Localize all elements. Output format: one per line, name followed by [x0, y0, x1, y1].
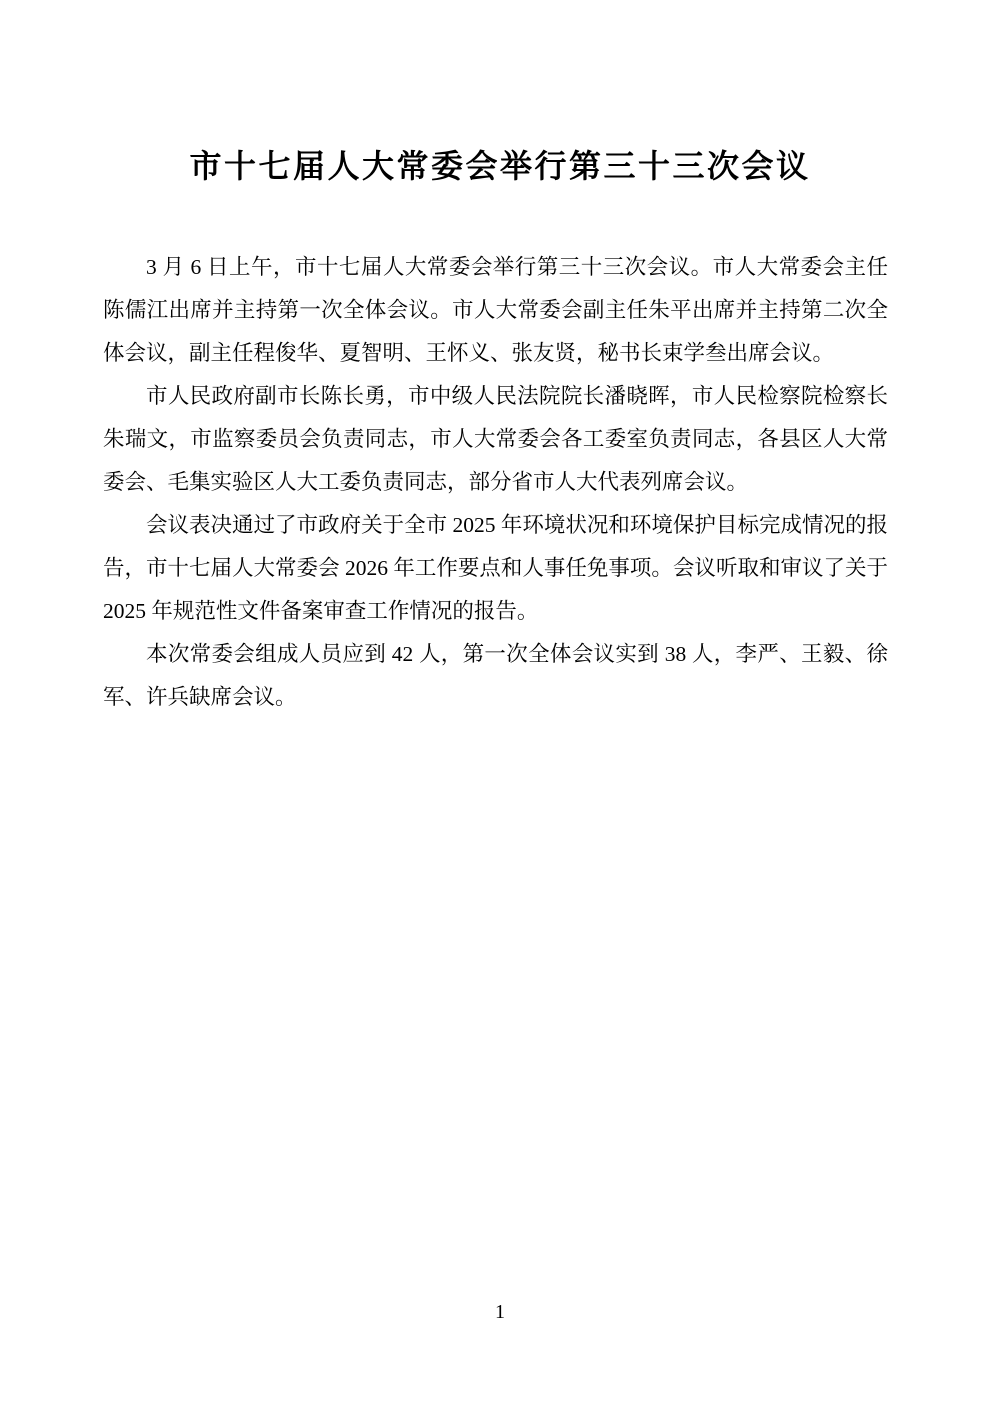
paragraph-3: 会议表决通过了市政府关于全市 2025 年环境状况和环境保护目标完成情况的报告，… — [103, 504, 888, 633]
document-body: 3 月 6 日上午，市十七届人大常委会举行第三十三次会议。市人大常委会主任陈儒江… — [103, 246, 888, 719]
document-title: 市十七届人大常委会举行第三十三次会议 — [0, 0, 1000, 185]
document-page: 市十七届人大常委会举行第三十三次会议 3 月 6 日上午，市十七届人大常委会举行… — [0, 0, 1000, 1415]
paragraph-2: 市人民政府副市长陈长勇，市中级人民法院院长潘晓晖，市人民检察院检察长朱瑞文，市监… — [103, 375, 888, 504]
paragraph-1: 3 月 6 日上午，市十七届人大常委会举行第三十三次会议。市人大常委会主任陈儒江… — [103, 246, 888, 375]
page-number: 1 — [0, 1300, 1000, 1324]
paragraph-4: 本次常委会组成人员应到 42 人，第一次全体会议实到 38 人，李严、王毅、徐军… — [103, 633, 888, 719]
